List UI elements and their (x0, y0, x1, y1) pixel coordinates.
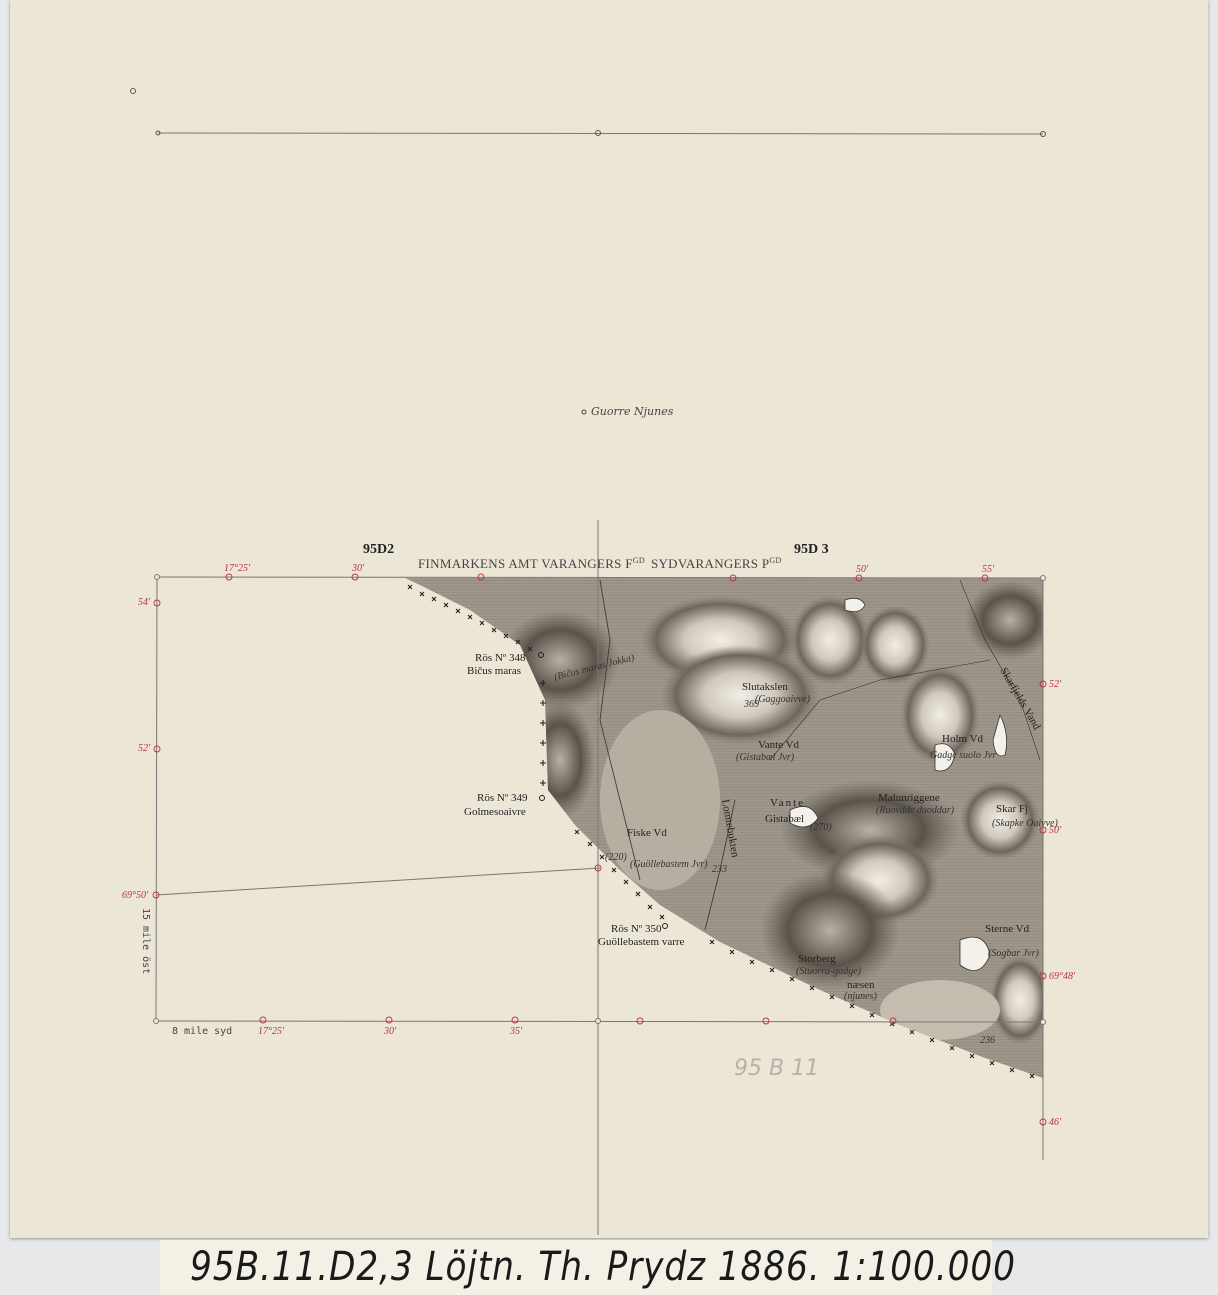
svg-text:(Gistabæl Jvr): (Gistabæl Jvr) (736, 752, 795, 763)
svg-text:Skar Fj: Skar Fj (996, 803, 1028, 815)
svg-text:Rös Nº 348: Rös Nº 348 (475, 652, 526, 664)
svg-text:Bičus maras: Bičus maras (467, 665, 521, 677)
top-tick-label: 30' (351, 563, 365, 574)
catalog-label: 95B.11.D2,3 Löjtn. Th. Prydz 1886. 1:100… (190, 1244, 1016, 1290)
left-tick-label: 54' (138, 597, 151, 608)
svg-text:Storberg: Storberg (798, 953, 836, 965)
svg-text:Vante: Vante (770, 797, 805, 809)
svg-text:(Gaggoaivve): (Gaggoaivve) (755, 694, 811, 705)
scale-note-left: 15 mile öst (140, 908, 151, 974)
admin-header: FINMARKENS AMT VARANGERS FGDSYDVARANGERS… (418, 556, 782, 571)
right-tick-label: 69°48' (1049, 971, 1076, 982)
svg-text:Rös Nº 349: Rös Nº 349 (477, 792, 528, 804)
pencil-sheet-note: 95 B 11 (734, 1056, 819, 1081)
svg-text:Vante Vd: Vante Vd (758, 739, 800, 751)
svg-text:236: 236 (980, 1035, 995, 1046)
svg-text:369: 369 (743, 699, 759, 710)
catalog-label-strip: 95B.11.D2,3 Löjtn. Th. Prydz 1886. 1:100… (160, 1240, 992, 1295)
top-tick-label: 50' (856, 564, 869, 575)
left-tick-label: 52' (138, 743, 151, 754)
svg-text:næsen: næsen (847, 979, 875, 991)
bottom-tick-label: 17°25' (258, 1026, 285, 1037)
svg-text:(Guöllebastem Jvr): (Guöllebastem Jvr) (630, 859, 708, 870)
place-guorre-njunes: Guorre Njunes (591, 405, 674, 418)
svg-text:Holm Vd: Holm Vd (942, 733, 984, 745)
bottom-tick-label: 35' (509, 1026, 523, 1037)
svg-text:Slutakslen: Slutakslen (742, 681, 788, 693)
place-marker-icon (582, 410, 586, 414)
top-tick-label: 55' (982, 564, 995, 575)
svg-text:(njunes): (njunes) (844, 991, 877, 1002)
top-guide-line (131, 89, 1046, 137)
svg-text:Fiske Vd: Fiske Vd (627, 827, 667, 839)
svg-text:(Skapke Oaivve): (Skapke Oaivve) (992, 818, 1058, 829)
sheet-code-right: 95D 3 (794, 542, 829, 557)
svg-text:(220): (220) (605, 852, 627, 863)
svg-text:Gadge suolo Jvr: Gadge suolo Jvr (930, 750, 996, 761)
svg-text:Sterne Vd: Sterne Vd (985, 923, 1030, 935)
svg-text:Malunriggene: Malunriggene (878, 792, 940, 804)
svg-text:233: 233 (712, 864, 727, 875)
right-tick-label: 46' (1049, 1117, 1062, 1128)
left-tick-label: 69°50' (122, 890, 149, 901)
top-tick-label: 17°25' (224, 563, 251, 574)
map-canvas: 95D2 95D 3 FINMARKENS AMT VARANGERS FGDS… (0, 0, 1218, 1295)
scale-note-bottom: 8 mile syd (172, 1026, 232, 1037)
svg-text:Golmesoaivre: Golmesoaivre (464, 806, 526, 818)
svg-text:(Ruovdde duoddar): (Ruovdde duoddar) (876, 805, 955, 816)
sheet-code-left: 95D2 (363, 542, 394, 557)
svg-text:(270): (270) (810, 822, 832, 833)
svg-text:Guöllebastem varre: Guöllebastem varre (598, 936, 685, 948)
svg-text:Gistabæl: Gistabæl (765, 813, 804, 825)
svg-text:(Sogbar Jvr): (Sogbar Jvr) (988, 948, 1039, 959)
cairn-349: Rös Nº 349 Golmesoaivre (464, 792, 545, 818)
svg-text:Rös Nº 350: Rös Nº 350 (611, 923, 662, 935)
cairn-350: Rös Nº 350 Guöllebastem varre (598, 923, 685, 948)
right-tick-label: 52' (1049, 679, 1062, 690)
svg-text:(Stuorra-gadge): (Stuorra-gadge) (796, 966, 862, 977)
bottom-tick-label: 30' (383, 1026, 397, 1037)
